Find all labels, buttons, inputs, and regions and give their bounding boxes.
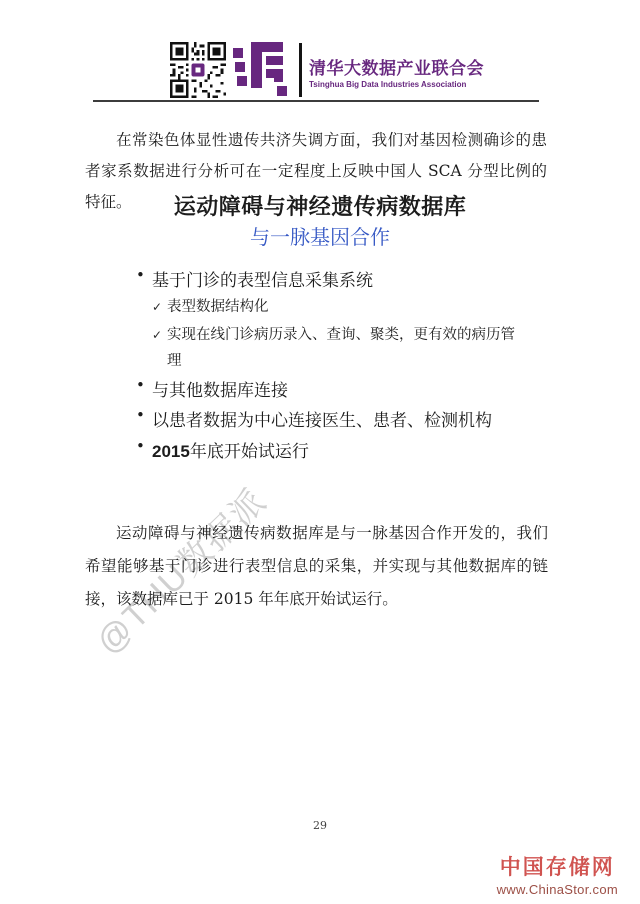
bullet-icon: • [136, 266, 152, 291]
bullet-year-bold: 2015 [152, 442, 190, 461]
association-logo-icon [233, 40, 291, 98]
chinastor-url: www.ChinaStor.com [497, 882, 618, 897]
check-icon: ✓ [152, 322, 167, 374]
bullet-icon: • [136, 376, 152, 401]
bullet-item-rest: 年底开始试运行 [190, 442, 309, 462]
section-title: 运动障碍与神经遗传病数据库 [0, 190, 640, 221]
sub-bullet-label: 实现在线门诊病历录入、查询、聚类，更有效的病历管理 [167, 322, 525, 374]
check-icon: ✓ [152, 294, 167, 320]
bullet-icon: • [136, 437, 152, 462]
bullet-item-3: • 以患者数据为中心连接医生、患者、检测机构 [136, 406, 492, 431]
qr-code-icon [170, 42, 226, 98]
header-divider-bar [299, 43, 302, 97]
bullet-item-label: 以患者数据为中心连接医生、患者、检测机构 [152, 406, 492, 431]
bullet-item-label: 基于门诊的表型信息采集系统 [152, 266, 373, 291]
bullet-icon: • [136, 406, 152, 431]
org-name-english: Tsinghua Big Data Industries Association [309, 80, 466, 89]
page-number: 29 [0, 819, 640, 832]
bullet-item-2: • 与其他数据库连接 [136, 376, 288, 401]
header-rule [93, 100, 539, 102]
bullet-item-label: 2015年底开始试运行 [152, 437, 309, 462]
bullet-item-4: • 2015年底开始试运行 [136, 437, 309, 462]
sub-bullet-1: ✓ 表型数据结构化 [152, 294, 525, 320]
document-page: @THU数据派 [0, 0, 640, 904]
section-subtitle: 与一脉基因合作 [0, 221, 640, 250]
chinastor-logo-text: 中国存储网 [497, 851, 618, 881]
sub-bullet-2: ✓ 实现在线门诊病历录入、查询、聚类，更有效的病历管理 [152, 322, 525, 374]
bullet-item-1: • 基于门诊的表型信息采集系统 [136, 266, 373, 291]
bullet-item-label: 与其他数据库连接 [152, 376, 288, 401]
org-name-chinese: 清华大数据产业联合会 [309, 54, 484, 79]
chinastor-badge: 中国存储网 www.ChinaStor.com [497, 851, 618, 897]
sub-bullet-label: 表型数据结构化 [167, 294, 525, 320]
closing-paragraph: 运动障碍与神经遗传病数据库是与一脉基因合作开发的，我们希望能够基于门诊进行表型信… [85, 517, 548, 616]
